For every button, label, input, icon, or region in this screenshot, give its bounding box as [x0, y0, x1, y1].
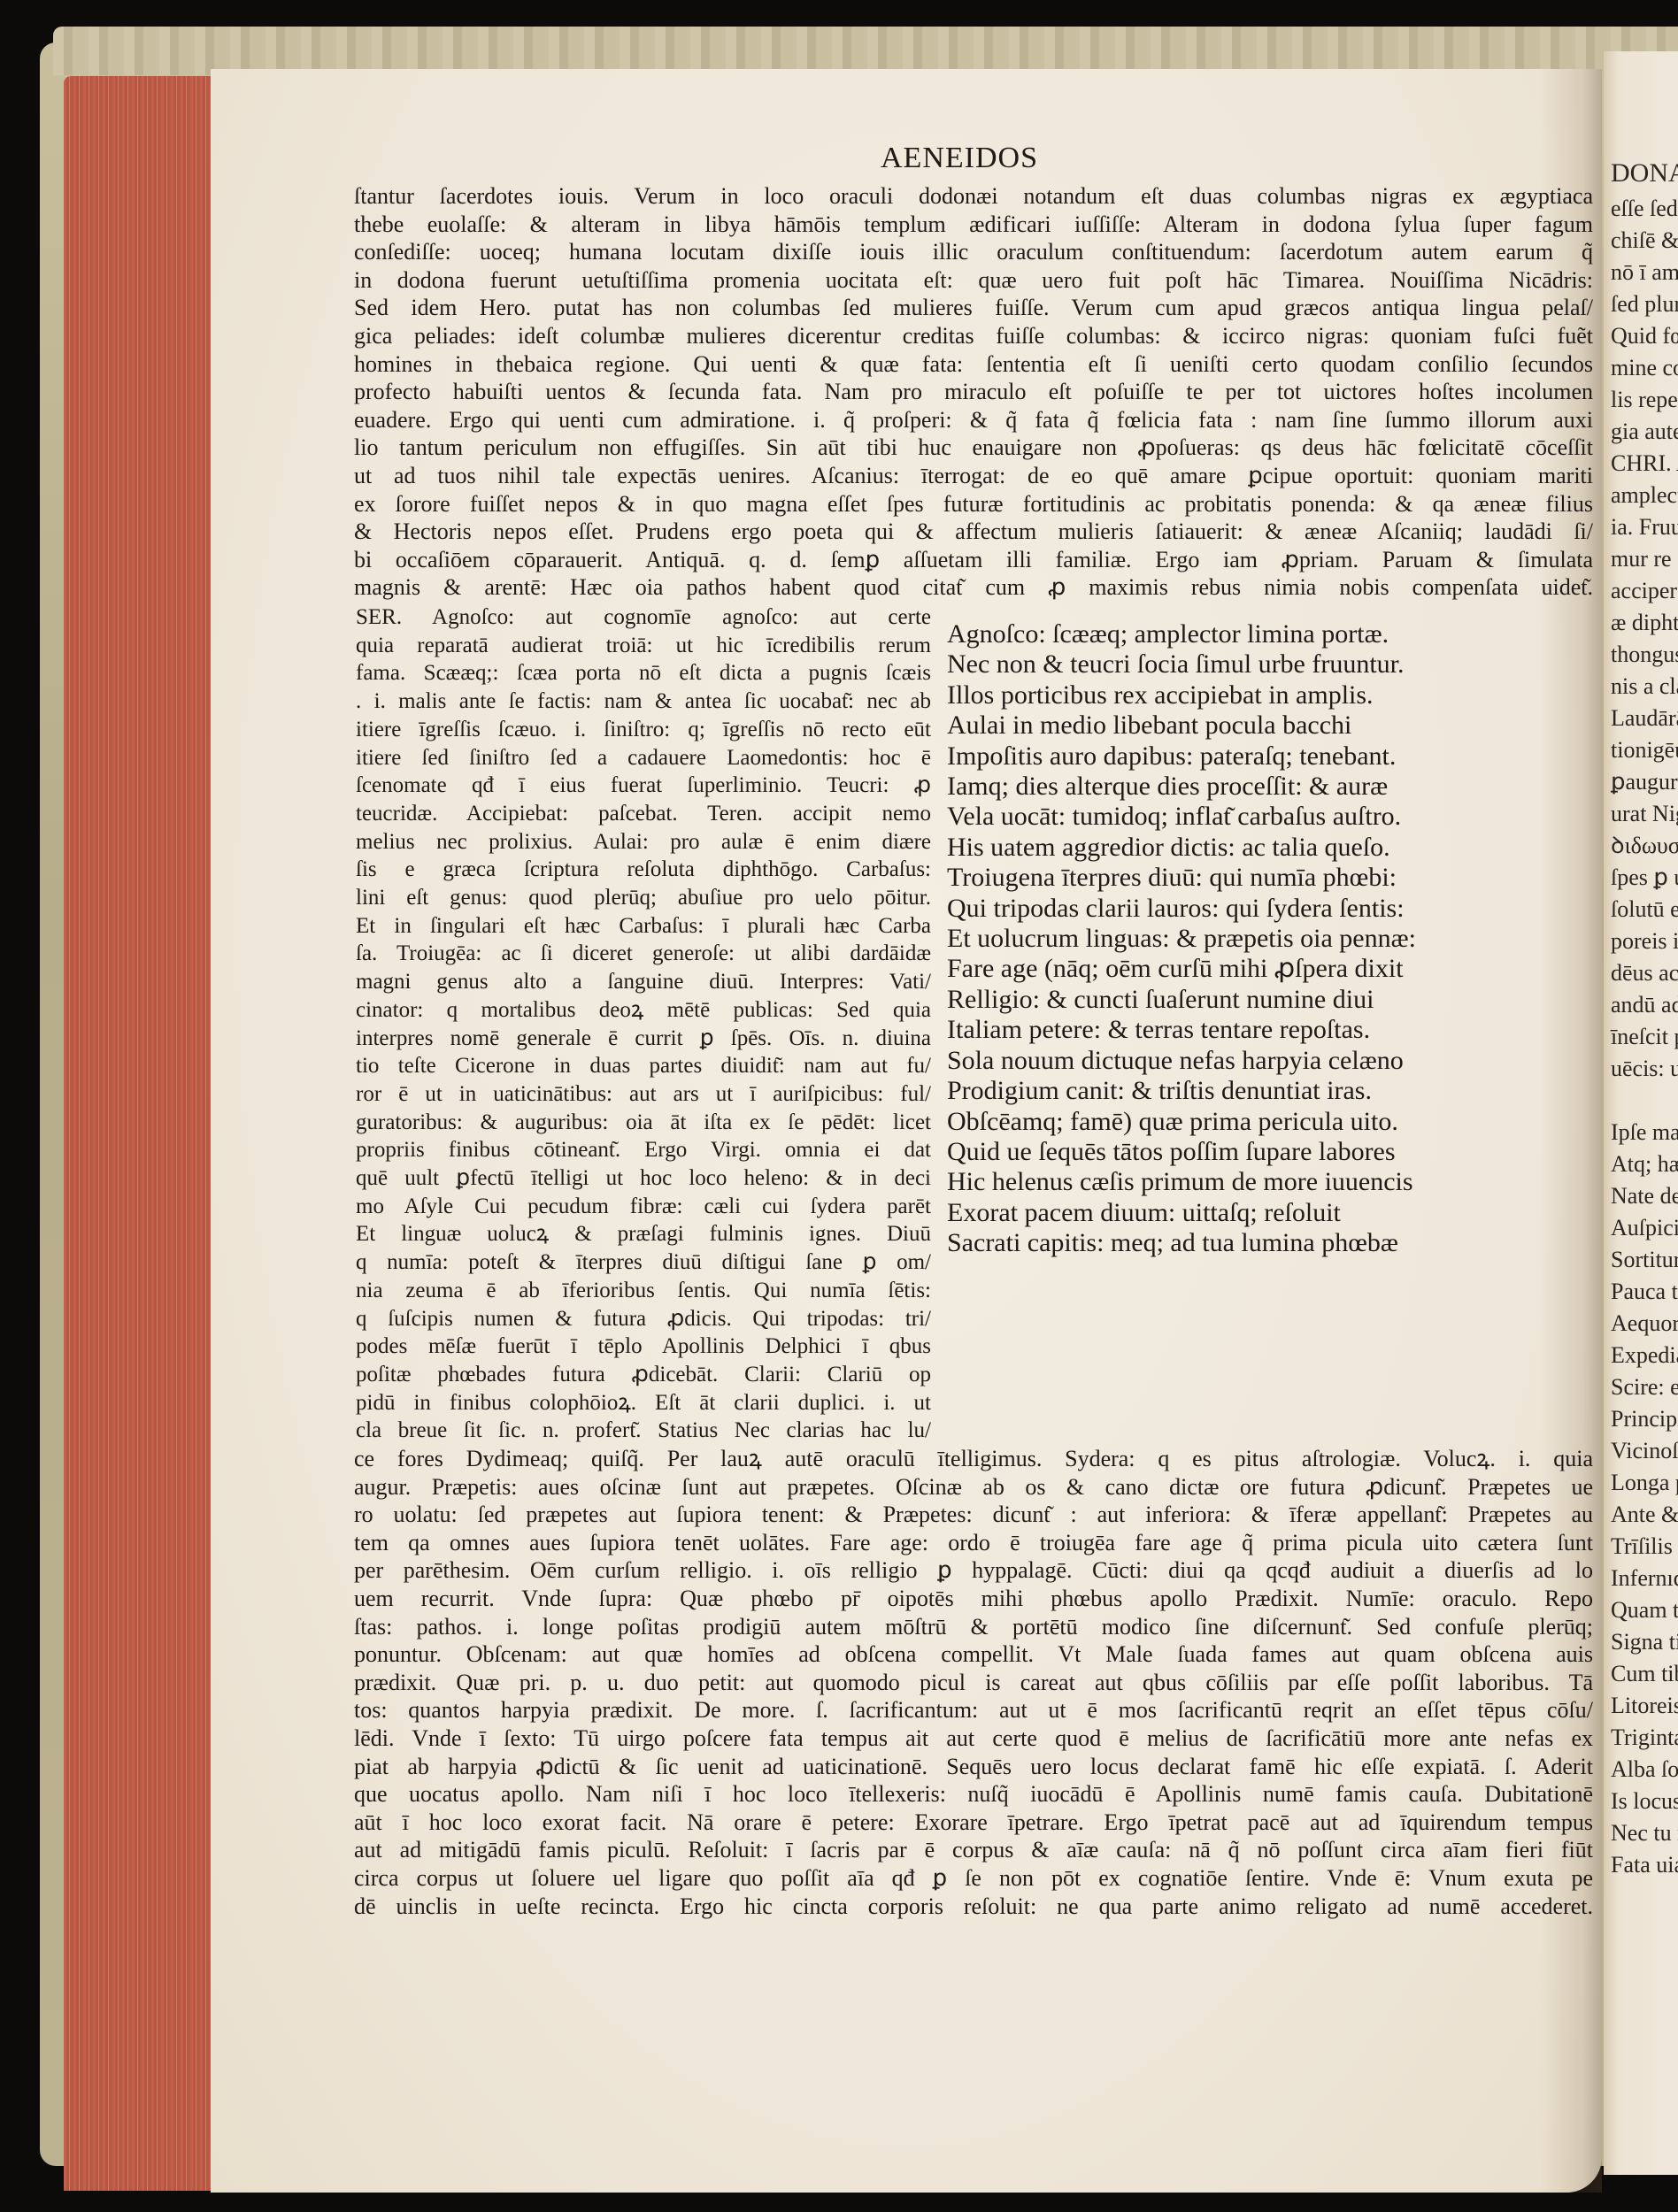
text-line: ſcenomate qđ ī eius fuerat ſuperliminio.…: [356, 772, 931, 800]
text-line: melius nec prolixius. Aulai: pro aulæ ē …: [356, 828, 931, 856]
facing-page-line: Quam tut: [1604, 1594, 1678, 1626]
verse-line: Illos porticibus rex accipiebat in ampli…: [947, 680, 1566, 710]
verse-line: Agnoſco: ſcææq; amplector limina portæ.: [947, 619, 1566, 649]
text-line: tos: quantos harpyia prædixit. De more. …: [354, 1696, 1593, 1724]
left-page: AENEIDOS ſtantur ſacerdotes iouis. Verum…: [211, 69, 1602, 2193]
facing-page-line: Litoreis ing: [1604, 1690, 1678, 1722]
verse-line: Sacrati capitis: meq; ad tua lumina phœb…: [947, 1228, 1566, 1258]
facing-page-line: Infernıq; la: [1604, 1563, 1678, 1594]
facing-page-line: īneſcit ple: [1604, 1021, 1678, 1053]
text-line: ponuntur. Obſcenam: aut quæ homīes ad ob…: [354, 1640, 1593, 1669]
facing-page-line: nō ī amplis: [1604, 257, 1678, 288]
binding-top-edge: [53, 27, 1678, 75]
verse-line: Sola nouum dictuque nefas harpyia celæno: [947, 1046, 1566, 1076]
text-line: tio teſte Cicerone in duas partes diuidi…: [356, 1052, 931, 1080]
text-line: cla breue ſit ſic. n. profert͂. Statius …: [356, 1417, 931, 1445]
facing-page-line: gia autem d: [1604, 416, 1678, 448]
facing-page-line: Alba ſolo re: [1604, 1754, 1678, 1786]
facing-page-line: Aequora: &: [1604, 1308, 1678, 1340]
facing-page-line: Scire: elena: [1604, 1371, 1678, 1403]
text-line: uem recurrit. Vnde ſupra: Quæ phœbo pr̄ …: [354, 1585, 1593, 1613]
facing-page-line: ꝺιδωυσ app: [1604, 830, 1678, 862]
text-line: Et in ſingulari eſt hæc Carbaſus: ī plur…: [356, 912, 931, 941]
text-line: prædixit. Quæ pri. p. u. duo petit: aut …: [354, 1669, 1593, 1697]
facing-page-line: Nate dea (: [1604, 1180, 1678, 1212]
facing-page-line: Ipſe manu: [1604, 1117, 1678, 1148]
facing-page-line: thongus. lati: [1604, 639, 1678, 671]
text-line: quē uult ꝑfectū ītelligi ut hoc loco hel…: [356, 1164, 931, 1193]
verse-line: Exorat pacem diuum: uittaſq; reſoluit: [947, 1198, 1566, 1228]
text-line: ut ad tuos nihil tale expectās uenires. …: [354, 462, 1593, 490]
facing-page-line: æ diphthong: [1604, 607, 1678, 639]
commentary-left-column: SER. Agnoſco: aut cognomīe agnoſco: aut …: [356, 603, 931, 1445]
text-line: . i. malis ante ſe factis: nam & antea ſ…: [356, 687, 931, 716]
text-line: quia reparatā audierat troiā: ut hic īcr…: [356, 632, 931, 660]
facing-page-line: uēcis: ut e: [1604, 1053, 1678, 1085]
facing-page-line: DONA.: [1604, 157, 1678, 189]
facing-page-line: Principio it: [1604, 1403, 1678, 1435]
facing-page-line: ia. Fruuntu: [1604, 511, 1678, 543]
facing-page-line: Longa proc: [1604, 1467, 1678, 1499]
facing-page-line: Expediam: [1604, 1340, 1678, 1371]
text-line: conſediſſe: uoceq; humana locutam dixiſſ…: [354, 238, 1593, 266]
text-line: nia zeuma ē ab īferioribus ſentis. Qui n…: [356, 1277, 931, 1305]
text-line: per parēthesim. Oēm curſum relligio. i. …: [354, 1556, 1593, 1585]
running-head: AENEIDOS: [211, 142, 1602, 175]
text-line: ſis e græca ſcriptura reſoluta diphthōgo…: [356, 856, 931, 884]
facing-page-line: poreis idicab: [1604, 926, 1678, 957]
facing-page-line: Sortitur: uc: [1604, 1244, 1678, 1276]
text-line: q ſuſcipis numen & futura ꝓdicis. Qui tr…: [356, 1305, 931, 1333]
facing-page-line: Signa tibi d: [1604, 1626, 1678, 1658]
text-line: euadere. Ergo qui uenti cum admiratione.…: [354, 406, 1593, 434]
facing-page-line: lis reperiant: [1604, 384, 1678, 416]
verse-line: Iamq; dies alterque dies proceſſit: & au…: [947, 772, 1566, 802]
text-line: SER. Agnoſco: aut cognomīe agnoſco: aut …: [356, 603, 931, 632]
facing-page-line: Vicinoſq; ig: [1604, 1435, 1678, 1467]
text-line: in dodona fuerunt uetuſtiſſima promenia …: [354, 266, 1593, 295]
text-line: Sed idem Hero. putat has non columbas ſe…: [354, 294, 1593, 322]
facing-page-line: eſſe ſed ſim: [1604, 193, 1678, 225]
text-line: itiere īgreſſis ſcæuo. i. ſiniſtro: q; ī…: [356, 716, 931, 744]
verse-line: Aulai in medio libebant pocula bacchi: [947, 710, 1566, 741]
verse-line: Impoſitis auro dapibus: pateraſq; teneba…: [947, 741, 1566, 772]
facing-page-line: chiſē & Aſca: [1604, 225, 1678, 257]
verse-line: Nec non & teucri ſocia ſimul urbe fruunt…: [947, 649, 1566, 680]
facing-page-line: amplector li: [1604, 480, 1678, 511]
verse-line: His uatem aggredior dictis: ac talia que…: [947, 833, 1566, 863]
facing-page-line: mine cortin: [1604, 352, 1678, 384]
text-line: ſtantur ſacerdotes iouis. Verum in loco …: [354, 182, 1593, 211]
text-line: augur. Præpetis: aues oſcinæ ſunt aut pr…: [354, 1473, 1593, 1502]
verse-line: Vela uocāt: tumidoq; inflat͂ carbaſus au…: [947, 802, 1566, 832]
text-line: aūt ī hoc loco exorat facit. Nā orare ē …: [354, 1809, 1593, 1837]
verse-line: Prodigium canit: & triſtis denuntiat ira…: [947, 1076, 1566, 1106]
verse-line: Qui tripodas clarii lauros: qui ſydera ſ…: [947, 894, 1566, 924]
facing-page-line: [1604, 1085, 1678, 1117]
red-fore-edge: [64, 76, 214, 2191]
text-line: interpres nomē generale ē currit ꝑ ſpēs.…: [356, 1025, 931, 1053]
verse-right-column: Agnoſco: ſcææq; amplector limina portæ.N…: [947, 619, 1566, 1259]
text-line: dē uinclis in ueſte recincta. Ergo hic c…: [354, 1893, 1593, 1921]
text-line: ſa. Troiugēa: ac ſi diceret generoſe: ut…: [356, 940, 931, 968]
text-line: ror ē ut in uaticinātibus: aut ars ut ī …: [356, 1080, 931, 1109]
text-line: cinator: q mortalibus deoꝝ mētē publicas…: [356, 996, 931, 1025]
facing-page-line: Pauca tibi e: [1604, 1276, 1678, 1308]
facing-page-sliver: DONA.eſſe ſed ſimchiſē & Aſcanō ī amplis…: [1604, 51, 1678, 2175]
text-line: Et linguæ uolucꝝ & præſagi fulminis igne…: [356, 1220, 931, 1248]
facing-page-line: Auſpiciis n: [1604, 1212, 1678, 1244]
facing-page-line: tionigēus it: [1604, 734, 1678, 766]
verse-line: Obſcēamq; famē) quæ prima pericula uito.: [947, 1107, 1566, 1137]
facing-page-line: ſed pluriū d: [1604, 288, 1678, 320]
text-line: guratoribus: & auguribus: oia āt iſta ex…: [356, 1109, 931, 1137]
verse-line: Hic helenus cæſis primum de more iuuenci…: [947, 1167, 1566, 1197]
text-line: & Hectoris nepos eſſet. Prudens ergo poe…: [354, 518, 1593, 546]
commentary-top: ſtantur ſacerdotes iouis. Verum in loco …: [354, 182, 1593, 602]
facing-page-line: urat Nigidiu: [1604, 798, 1678, 830]
text-line: profecto habuiſti uentos & ſecunda fata.…: [354, 378, 1593, 406]
text-line: podes mēſæ fuerūt ī tēplo Apollinis Delp…: [356, 1333, 931, 1361]
text-line: pidū in finibus colophōioꝝ. Eſt āt clari…: [356, 1389, 931, 1417]
text-line: lēdi. Vnde ī ſexto: Tū uirgo poſcere fat…: [354, 1724, 1593, 1753]
text-line: q numīa: poteſt & īterpres diuū diſtigui…: [356, 1248, 931, 1277]
text-line: bi occaſiōem cōparauerit. Antiquā. q. d.…: [354, 546, 1593, 574]
text-line: ex ſorore fuiſſet nepos & in quo magna e…: [354, 490, 1593, 518]
text-line: homines in thebaica regione. Qui uenti &…: [354, 350, 1593, 379]
facing-page-line: Quid fœlici: [1604, 320, 1678, 352]
text-line: fama. Scææq;: ſcæa porta nō eſt dicta a …: [356, 659, 931, 687]
facing-page-line: CHRI. A: [1604, 448, 1678, 480]
commentary-bottom: ce fores Dydimeaq; quiſq̃. Per lauꝝ autē…: [354, 1445, 1593, 1920]
facing-page-line: dēus accepit: [1604, 957, 1678, 989]
verse-line: Quid ue ſequēs tātos poſſim ſupare labor…: [947, 1137, 1566, 1167]
facing-page-line: Triginta ca: [1604, 1722, 1678, 1754]
text-line: teucridæ. Accipiebat: paſcebat. Teren. a…: [356, 800, 931, 828]
verse-line: Et uolucrum linguas: & præpetis oia penn…: [947, 924, 1566, 954]
facing-page-line: andū admi: [1604, 989, 1678, 1021]
facing-page-line: Fata uiam ī: [1604, 1849, 1678, 1881]
facing-page-line: Nec tu men: [1604, 1817, 1678, 1849]
text-line: circa corpus ut ſoluere uel ligare quo p…: [354, 1864, 1593, 1893]
text-line: tem qa omnes aues ſupiora tenēt uolātes.…: [354, 1529, 1593, 1557]
text-line: lio tantum periculum non effugiſſes. Sin…: [354, 434, 1593, 462]
facing-page-line: ſpes ꝑ uelocı: [1604, 862, 1678, 894]
text-line: gica peliades: ideſt columbæ mulieres di…: [354, 322, 1593, 350]
text-line: piat ab harpyia ꝓdictū & ſic uenit ad ua…: [354, 1753, 1593, 1781]
text-line: mo Aſyle Cui pecudum fibræ: cæli cui ſyd…: [356, 1193, 931, 1221]
text-line: magnis & arentē: Hæc oia pathos habent q…: [354, 573, 1593, 602]
facing-page-line: Atq; hæc c: [1604, 1148, 1678, 1180]
facing-page-line: accipere eſt in: [1604, 575, 1678, 607]
text-line: lini eſt genus: quod plerūq; abuſiue pro…: [356, 884, 931, 912]
text-line: que uocatus apollo. Nam niſi ī hoc loco …: [354, 1780, 1593, 1809]
facing-page-line: Cum tibi ſo: [1604, 1658, 1678, 1690]
facing-page-line: Laudārāt cōu: [1604, 703, 1678, 734]
verse-line: Fare age (nāq; oēm curſū mihi ꝓſpera dix…: [947, 954, 1566, 984]
text-line: poſitæ phœbades futura ꝓdicebāt. Clarii:…: [356, 1361, 931, 1389]
verse-line: Relligio: & cuncti ſuaſerunt numine diui: [947, 985, 1566, 1015]
text-line: thebe euolaſſe: & alteram in libya hāmōi…: [354, 211, 1593, 239]
text-line: ſtas: pathos. i. longe poſitas prodigiū …: [354, 1613, 1593, 1641]
facing-page-line: Trīſilis auſo: [1604, 1531, 1678, 1563]
text-line: magni genus alto a ſanguine diuū. Interp…: [356, 968, 931, 996]
facing-page-line: ſolutū eē: ut: [1604, 894, 1678, 926]
facing-page-line: mur re de qu: [1604, 543, 1678, 575]
facing-page-line: Is locus urb: [1604, 1786, 1678, 1817]
text-line: aut ad mitigādū famis piculū. Reſoluit: …: [354, 1836, 1593, 1864]
verse-line: Italiam petere: & terras tentare repoſta…: [947, 1015, 1566, 1045]
facing-page-line: ꝑauguria.: [1604, 766, 1678, 798]
text-line: ro uolatu: ſed præpetes aut ſupiora tene…: [354, 1501, 1593, 1529]
text-line: itiere ſed ſiniſtro ſed a cadauere Laome…: [356, 744, 931, 772]
text-line: propriis finibus cōtineant͂. Ergo Virgi.…: [356, 1136, 931, 1164]
verse-line: Troiugena īterpres diuū: qui numīa phœbi…: [947, 863, 1566, 893]
facing-page-line: nis a clara ur: [1604, 671, 1678, 703]
text-line: ce fores Dydimeaq; quiſq̃. Per lauꝝ autē…: [354, 1445, 1593, 1473]
facing-page-line: Ante & trin: [1604, 1499, 1678, 1531]
